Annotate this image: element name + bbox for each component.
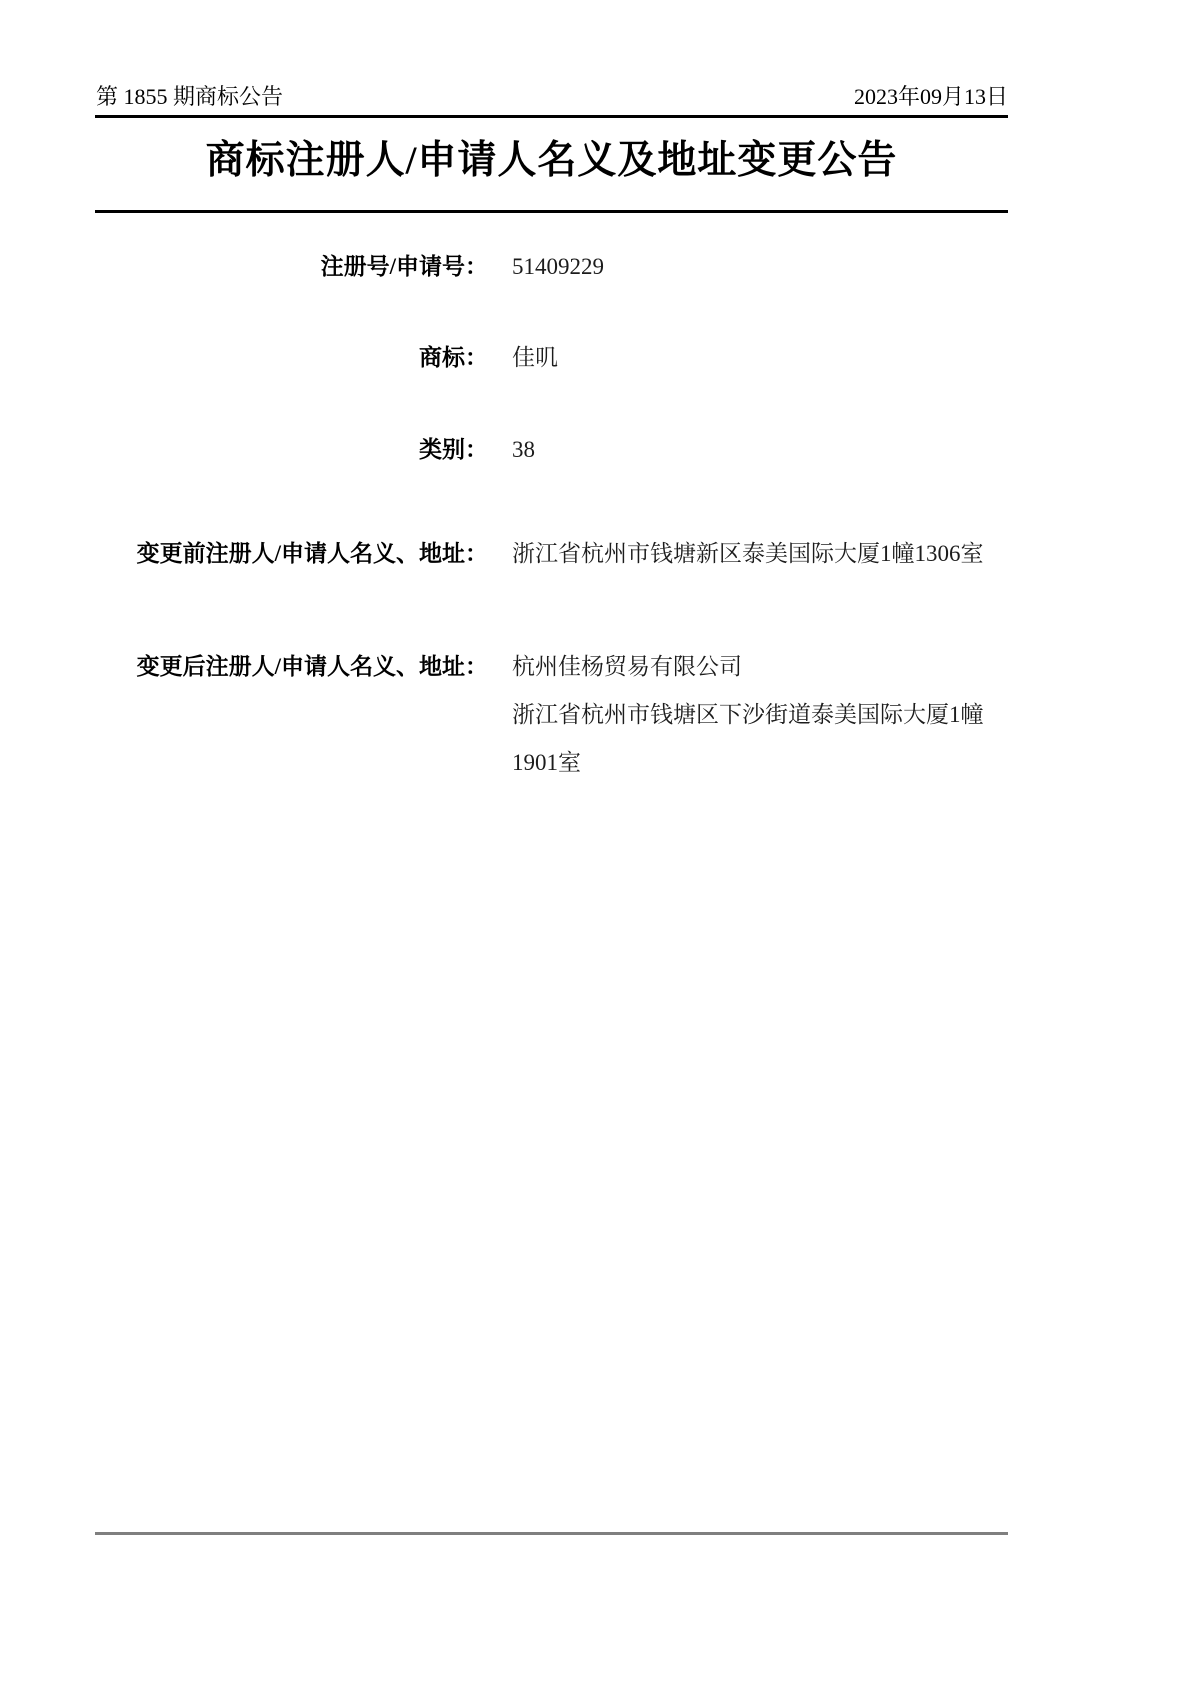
before-change-label: 变更前注册人/申请人名义、地址： <box>95 539 488 569</box>
footer-divider <box>95 1532 1008 1535</box>
trademark-value: 佳叽 <box>512 343 558 373</box>
field-row-before-change: 变更前注册人/申请人名义、地址： 浙江省杭州市钱塘新区泰美国际大厦1幢1306室 <box>95 539 1008 569</box>
title-divider <box>95 210 1008 213</box>
after-change-address-line-2: 1901室 <box>512 739 984 787</box>
after-change-address-line-1: 浙江省杭州市钱塘区下沙街道泰美国际大厦1幢 <box>512 691 984 739</box>
announcement-title: 商标注册人/申请人名义及地址变更公告 <box>95 133 1008 189</box>
class-value: 38 <box>512 435 535 465</box>
header-divider <box>95 115 1008 118</box>
trademark-label: 商标： <box>95 343 488 373</box>
field-row-after-change: 变更后注册人/申请人名义、地址： 杭州佳杨贸易有限公司 浙江省杭州市钱塘区下沙街… <box>95 643 1008 787</box>
after-change-company-name: 杭州佳杨贸易有限公司 <box>512 643 984 691</box>
before-change-value: 浙江省杭州市钱塘新区泰美国际大厦1幢1306室 <box>512 539 984 569</box>
field-row-registration-number: 注册号/申请号： 51409229 <box>95 252 1008 282</box>
class-label: 类别： <box>95 435 488 465</box>
registration-number-label: 注册号/申请号： <box>95 252 488 282</box>
page-header: 第 1855 期商标公告 2023年09月13日 <box>96 84 1008 110</box>
after-change-value: 杭州佳杨贸易有限公司 浙江省杭州市钱塘区下沙街道泰美国际大厦1幢 1901室 <box>512 643 984 787</box>
field-row-class: 类别： 38 <box>95 435 1008 465</box>
gazette-issue-label: 第 1855 期商标公告 <box>96 84 283 110</box>
after-change-label: 变更后注册人/申请人名义、地址： <box>95 643 488 691</box>
gazette-page: 第 1855 期商标公告 2023年09月13日 商标注册人/申请人名义及地址变… <box>0 0 1190 1684</box>
field-row-trademark: 商标： 佳叽 <box>95 343 1008 373</box>
gazette-date: 2023年09月13日 <box>854 84 1008 110</box>
registration-number-value: 51409229 <box>512 252 604 282</box>
